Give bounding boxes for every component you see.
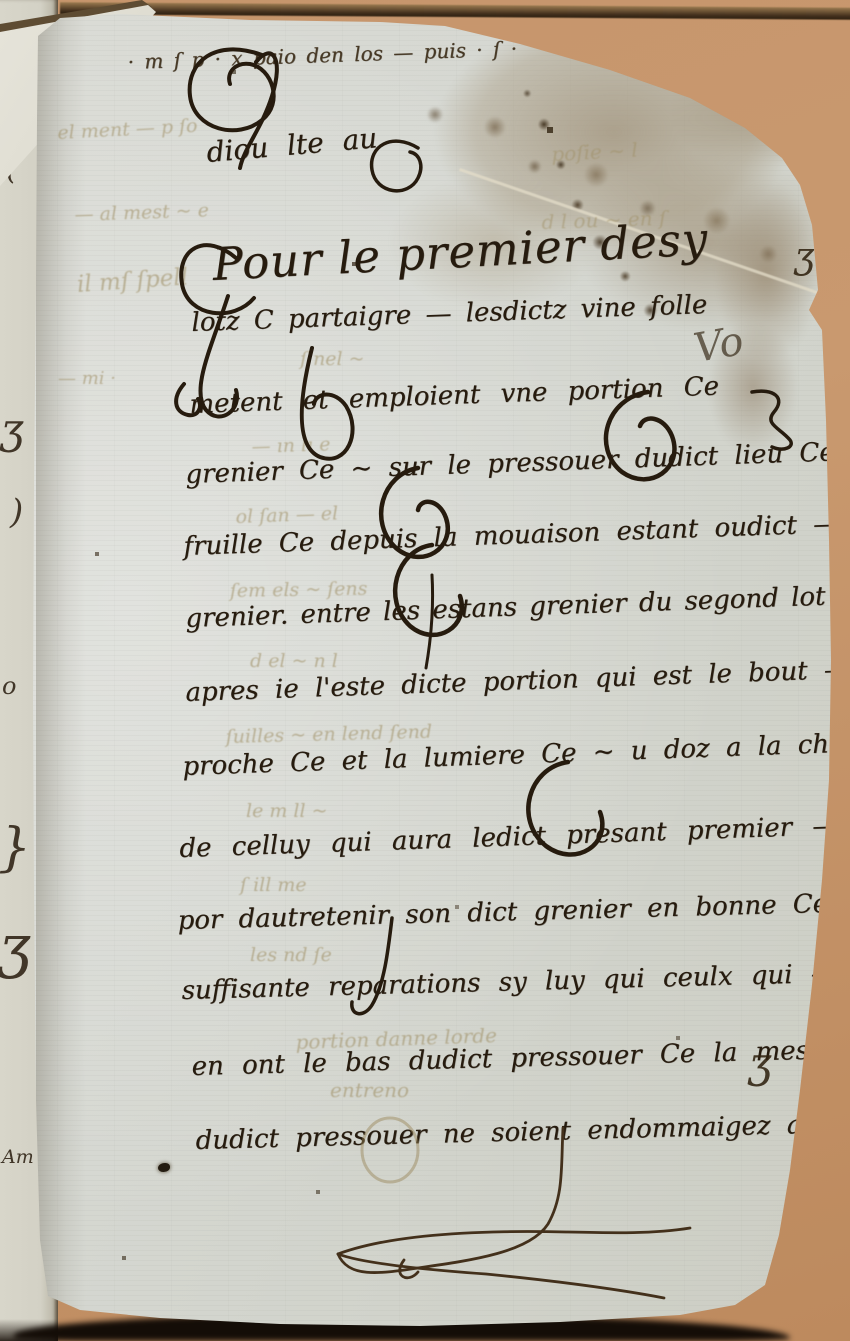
margin-ink-mark: ʒ: [0, 912, 31, 980]
bleedthrough-text: poſie ~ l: [551, 138, 638, 166]
right-edge-stain: [690, 140, 830, 470]
margin-ink-mark: o: [2, 672, 16, 700]
bleedthrough-text: ſ ill me: [240, 874, 307, 896]
bleedthrough-text: ol ſan — el: [235, 502, 338, 528]
margin-ink-mark: Am: [2, 1146, 34, 1168]
manuscript-page: el ment — p ſo — al mest ~ e il mſ ſpell…: [0, 0, 850, 1341]
bleedthrough-text: — al mest ~ e: [74, 199, 209, 226]
paraph-flourish: [338, 1128, 690, 1298]
bleedthrough-text: — ın lı e: [251, 433, 331, 458]
bleedthrough-text: entreno: [330, 1078, 409, 1102]
bleedthrough-text: le m ll ~: [246, 800, 328, 822]
bleedthrough-text: — mi ·: [58, 368, 116, 389]
edge-ink-glyph: ʒ: [748, 1038, 772, 1087]
worm-hole: [158, 1163, 170, 1172]
margin-ink-mark: ): [10, 492, 23, 532]
edge-ink-glyph: Vo: [690, 318, 747, 372]
bleedthrough-text: ſ nel ~: [300, 348, 365, 370]
ink-line: dudict pressouer ne soient endommaigez a…: [195, 1107, 850, 1156]
bleedthrough-text: d el ~ n l: [250, 650, 338, 672]
margin-ink-mark: }: [0, 818, 31, 878]
edge-ink-glyph: ʒ: [794, 236, 814, 277]
left-fold-shading: [36, 0, 86, 1341]
manuscript-photo-scene: ( ʒ ) o } ʒ Am el ment — p ſo — al mest …: [0, 0, 850, 1341]
bleedthrough-text: les nd ſe: [250, 944, 332, 966]
margin-ink-mark: ʒ: [0, 404, 24, 453]
edge-ink-glyph: 5: [781, 15, 808, 56]
bleedthrough-text: il mſ ſpell: [76, 264, 189, 298]
